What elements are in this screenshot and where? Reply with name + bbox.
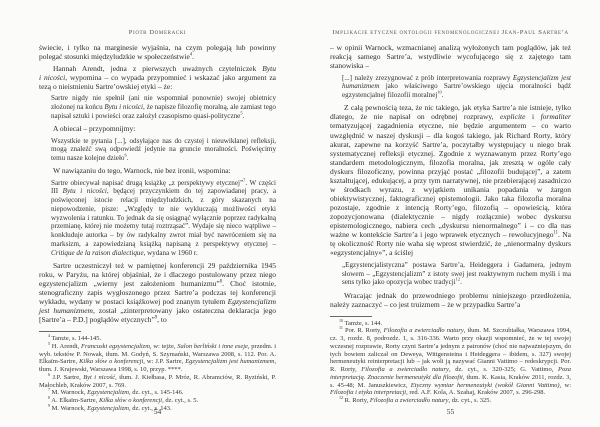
footnote: 5 H. Arendt, Francuski egzystencjalizm, … xyxy=(39,343,276,374)
page-55: Implikacje etyczne ontologii fenomenolog… xyxy=(330,0,571,427)
footnote: 6 J.P. Sartre, Byt i nicość, tłum. J. Ki… xyxy=(39,374,276,389)
footnote: 7 M. Warnock, Egzystencjalizm, dz. cyt.,… xyxy=(39,389,276,397)
page-54-body: świecie, i tylko na marginesie wyjaśnia,… xyxy=(39,43,276,324)
page-54-footnotes: 4 Tamże, s. 144-145. 5 H. Arendt, Francu… xyxy=(39,335,276,412)
body-paragraph: A obiecał – przypomnijmy: xyxy=(39,124,276,133)
footnote: 11 Por. R. Rorty, Filozofia a zwierciadł… xyxy=(330,327,571,397)
footnote: 4 Tamże, s. 144-145. xyxy=(39,335,276,343)
page-54: Piotr Domeracki świecie, i tylko na marg… xyxy=(39,0,276,427)
block-quote: [...] należy zrezygnować z prób interpre… xyxy=(342,74,571,100)
page-55-footnotes: 10 Tamże, s. 144. 11 Por. R. Rorty, Filo… xyxy=(330,320,571,405)
block-quote: Sartre obiecywał napisać drugą książkę „… xyxy=(51,179,276,257)
body-paragraph: Hannah Arendt, jedna z pierwszych uważny… xyxy=(39,64,276,91)
page-55-body: – w opinii Warnock, wzmacnianej analizą … xyxy=(330,43,571,309)
book-spread: Piotr Domeracki świecie, i tylko na marg… xyxy=(0,0,600,427)
page-number: 55 xyxy=(330,407,571,416)
block-quote: Sartre nigdy nie spełnił (ani nie wspomn… xyxy=(51,94,276,120)
block-quote: Wszystkie te pytania [...], odsyłające n… xyxy=(51,137,276,163)
footnote-rule xyxy=(330,316,372,317)
footnote: 12 R. Rorty, Filozofia a zwierciadło nat… xyxy=(330,397,571,405)
body-paragraph: W nawiązaniu do tego, Warnock, nie bez i… xyxy=(39,166,276,175)
body-paragraph: Sartre uczestniczył też w pamiętnej konf… xyxy=(39,261,276,324)
body-paragraph: Wracając jednak do przewodniego problemu… xyxy=(330,291,571,309)
footnote-rule xyxy=(39,331,81,332)
running-header-title: Implikacje etyczne ontologii fenomenolog… xyxy=(330,29,571,36)
running-header-author: Piotr Domeracki xyxy=(39,29,276,36)
body-paragraph: Z całą pewnością teza, że nic takiego, j… xyxy=(330,103,571,257)
block-quote: „Egzystencjalistyczna” postawa Sartre’a,… xyxy=(342,261,571,287)
page-number: 54 xyxy=(39,407,276,416)
body-paragraph: świecie, i tylko na marginesie wyjaśnia,… xyxy=(39,43,276,61)
body-paragraph: – w opinii Warnock, wzmacnianej analizą … xyxy=(330,43,571,70)
footnote: 8 A. Elkaïm-Sartre, Kilka słów o konfere… xyxy=(39,397,276,405)
